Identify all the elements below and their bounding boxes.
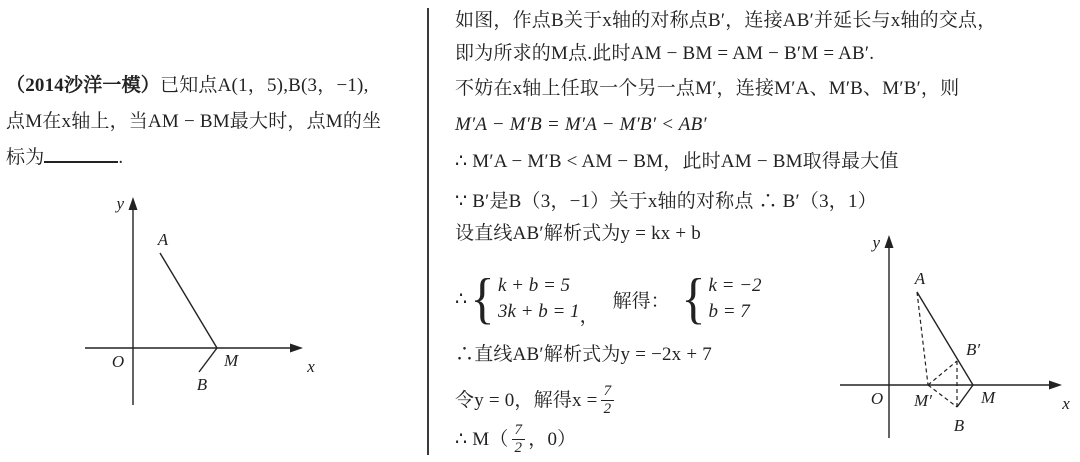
problem-diagram: y x O A B M <box>72 190 322 412</box>
system-comma: ， <box>580 301 599 328</box>
label-A: A <box>157 230 169 249</box>
x-axis-arrow-icon <box>1049 381 1062 390</box>
dashed-segment-Mprime-Bprime <box>928 361 957 385</box>
solution-line-11: ∴ M（ 7 2 ，0） <box>455 422 576 457</box>
solution-line-7: 设直线AB′解析式为y = kx + b <box>455 221 701 247</box>
system-equations: k + b = 5 3k + b = 1 <box>498 273 580 325</box>
equation-system: ∴ { k + b = 5 3k + b = 1 ， 解得： { k = −2 … <box>455 270 762 328</box>
fraction-7-2: 7 2 <box>601 383 615 418</box>
problem-line-2: 点M在x轴上，当AM − BM最大时，点M的坐 <box>6 104 430 140</box>
equation-2a: k = −2 <box>708 273 761 299</box>
label-O: O <box>112 352 124 371</box>
column-divider <box>427 8 429 455</box>
y-axis-arrow-icon <box>885 235 894 248</box>
segment-AM <box>160 253 217 348</box>
label-y: y <box>114 194 124 213</box>
label-y: y <box>870 233 880 252</box>
segment-MB <box>199 348 217 372</box>
label-B: B <box>954 416 965 435</box>
problem-line-1: （2014沙洋一模）已知点A(1，5),B(3，−1), <box>6 68 430 104</box>
label-A: A <box>914 269 926 288</box>
problem-line-3: 标为. <box>6 140 430 176</box>
segment-BM <box>957 385 973 407</box>
solution-diagram: y x O A B′ M M′ B <box>835 228 1080 460</box>
solution-line-5: ∴ M′A − M′B < AM − BM，此时AM − BM取得最大值 <box>455 149 899 175</box>
problem-statement: （2014沙洋一模）已知点A(1，5),B(3，−1), 点M在x轴上，当AM … <box>6 68 430 176</box>
solution-line-2: 即为所求的M点.此时AM − BM = AM − B′M = AB′. <box>455 41 874 67</box>
label-x: x <box>1061 394 1070 413</box>
solution-equations: k = −2 b = 7 <box>708 273 761 325</box>
label-M: M <box>980 388 996 407</box>
label-M: M <box>223 351 239 370</box>
solution-line-3: 不妨在x轴上任取一个另一点M′，连接M′A、M′B、M′B′，则 <box>455 76 959 102</box>
solve-label: 解得： <box>613 286 670 313</box>
solution-line-6: ∵ B′是B（3，−1）关于x轴的对称点 ∴ B′（3，1） <box>455 189 877 215</box>
solution-line-10: 令y = 0，解得x = 7 2 <box>455 383 617 418</box>
answer-blank <box>44 159 118 163</box>
label-B: B <box>197 375 208 394</box>
solution-line-1: 如图，作点B关于x轴的对称点B′，连接AB′并延长与x轴的交点， <box>455 8 996 34</box>
label-x: x <box>306 357 315 376</box>
equation-2b: b = 7 <box>708 299 761 325</box>
dashed-segment-Mprime-B <box>928 385 957 407</box>
label-B-prime: B′ <box>966 340 980 359</box>
right-brace: { <box>681 270 705 328</box>
problem-source-tag: （2014沙洋一模） <box>6 75 160 96</box>
left-brace: { <box>470 270 494 328</box>
label-O: O <box>871 389 883 408</box>
y-axis-arrow-icon <box>129 197 138 210</box>
solution-line-9: ∴直线AB′解析式为y = −2x + 7 <box>455 342 712 368</box>
fraction-7-2: 7 2 <box>512 422 526 457</box>
solution-line-4: M′A − M′B = M′A − M′B′ < AB′ <box>455 112 707 138</box>
equation-1a: k + b = 5 <box>498 273 580 299</box>
equation-1b: 3k + b = 1 <box>498 299 580 325</box>
math-worksheet-page: （2014沙洋一模）已知点A(1，5),B(3，−1), 点M在x轴上，当AM … <box>0 0 1080 462</box>
x-axis-arrow-icon <box>290 344 303 353</box>
therefore-symbol: ∴ <box>455 288 467 311</box>
dashed-segment-A-Mprime <box>917 292 928 385</box>
label-M-prime: M′ <box>913 391 932 410</box>
